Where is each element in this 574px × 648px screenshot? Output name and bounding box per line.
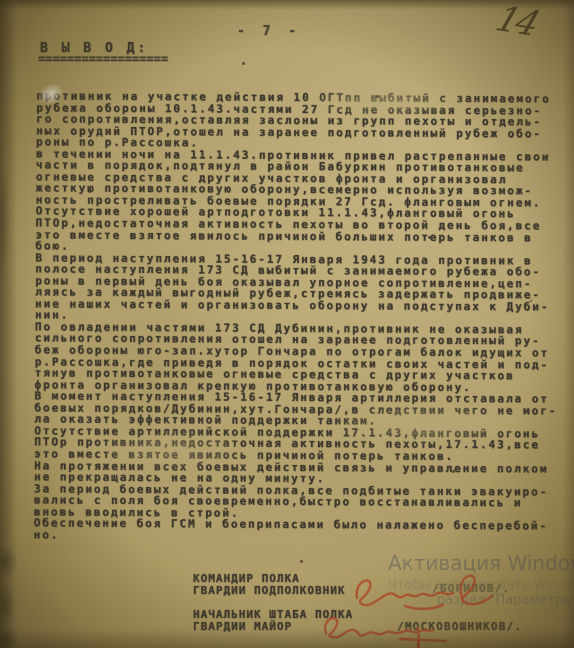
chief-of-staff-typed-name: /МОСКОВОШНИКОВ/. [397, 620, 522, 633]
commander-signature-label: КОМАНДИР ПОЛКАГВАРДИИ ПОДПОЛКОВНИК [193, 573, 345, 596]
ink-speck [242, 62, 245, 65]
section-title-underline: ================== [38, 52, 168, 66]
ink-speck [300, 560, 303, 563]
chief-of-staff-rank: ГВАРДИИ МАЙОР [193, 620, 292, 633]
windows-activation-watermark-line2: Чтобы активировать Windows, перейдите в [388, 578, 574, 593]
document-body-text: противник на участке действия 10 ОГТпп в… [34, 90, 569, 544]
handwritten-folio-number: 14 [491, 0, 542, 44]
document-scan: - 7 - 14 В Ы В О Д: ================== п… [0, 0, 574, 648]
chief-of-staff-signature-label: НАЧАЛЬНИК ШТАБА ПОЛКАГВАРДИИ МАЙОР [193, 609, 353, 632]
windows-activation-watermark-line3: раздел "Параметры". [437, 593, 574, 608]
commander-rank: ГВАРДИИ ПОДПОЛКОВНИК [193, 584, 345, 597]
signature-red-line [417, 640, 420, 648]
bleed-through-stain [0, 160, 10, 280]
windows-activation-watermark-line1: Активация Windows [388, 551, 574, 575]
bleed-through-stain [0, 626, 19, 648]
page-number: - 7 - [237, 24, 301, 39]
bleed-through-stain [0, 582, 15, 628]
bleed-through-stain [0, 545, 18, 579]
